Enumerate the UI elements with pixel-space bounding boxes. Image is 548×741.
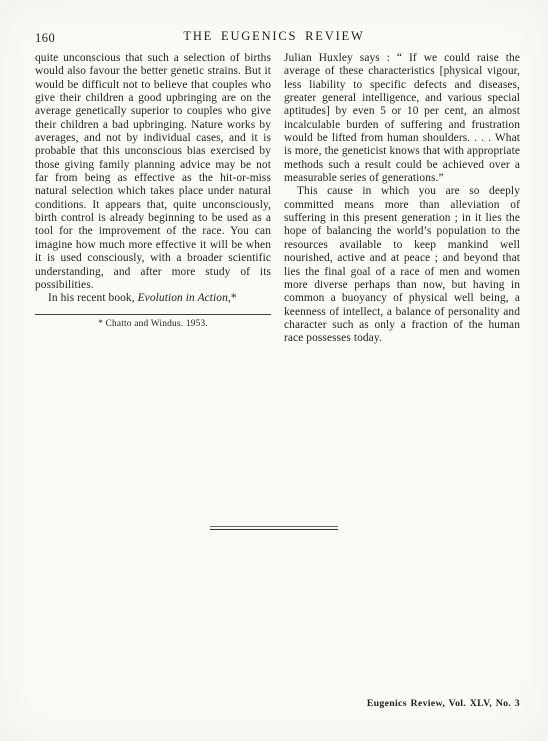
- footnote-rule: [35, 314, 271, 315]
- journal-title: THE EUGENICS REVIEW: [0, 29, 548, 44]
- section-divider-double-rule: [210, 526, 338, 530]
- footnote-text: * Chatto and Windus. 1953.: [35, 319, 271, 330]
- right-column-paragraph-2: This cause in which you are so deeply co…: [284, 185, 520, 345]
- left-column: quite unconscious that such a selection …: [35, 52, 271, 346]
- two-column-text-block: quite unconscious that such a selection …: [35, 52, 520, 346]
- book-title: Evolution in Action: [138, 292, 228, 304]
- running-head: 160 THE EUGENICS REVIEW: [0, 29, 548, 45]
- right-column: Julian Huxley says : “ If we could raise…: [284, 52, 520, 346]
- issue-footer: Eugenics Review, Vol. XLV, No. 3: [367, 698, 520, 709]
- scanned-journal-page: 160 THE EUGENICS REVIEW quite unconsciou…: [0, 0, 548, 741]
- paragraph-2-text: In his recent book,: [48, 292, 138, 304]
- left-column-paragraph-1: quite unconscious that such a selection …: [35, 52, 271, 292]
- right-column-paragraph-1: Julian Huxley says : “ If we could raise…: [284, 52, 520, 185]
- footnote-marker: ,*: [228, 292, 237, 304]
- left-column-paragraph-2: In his recent book, Evolution in Action,…: [35, 292, 271, 305]
